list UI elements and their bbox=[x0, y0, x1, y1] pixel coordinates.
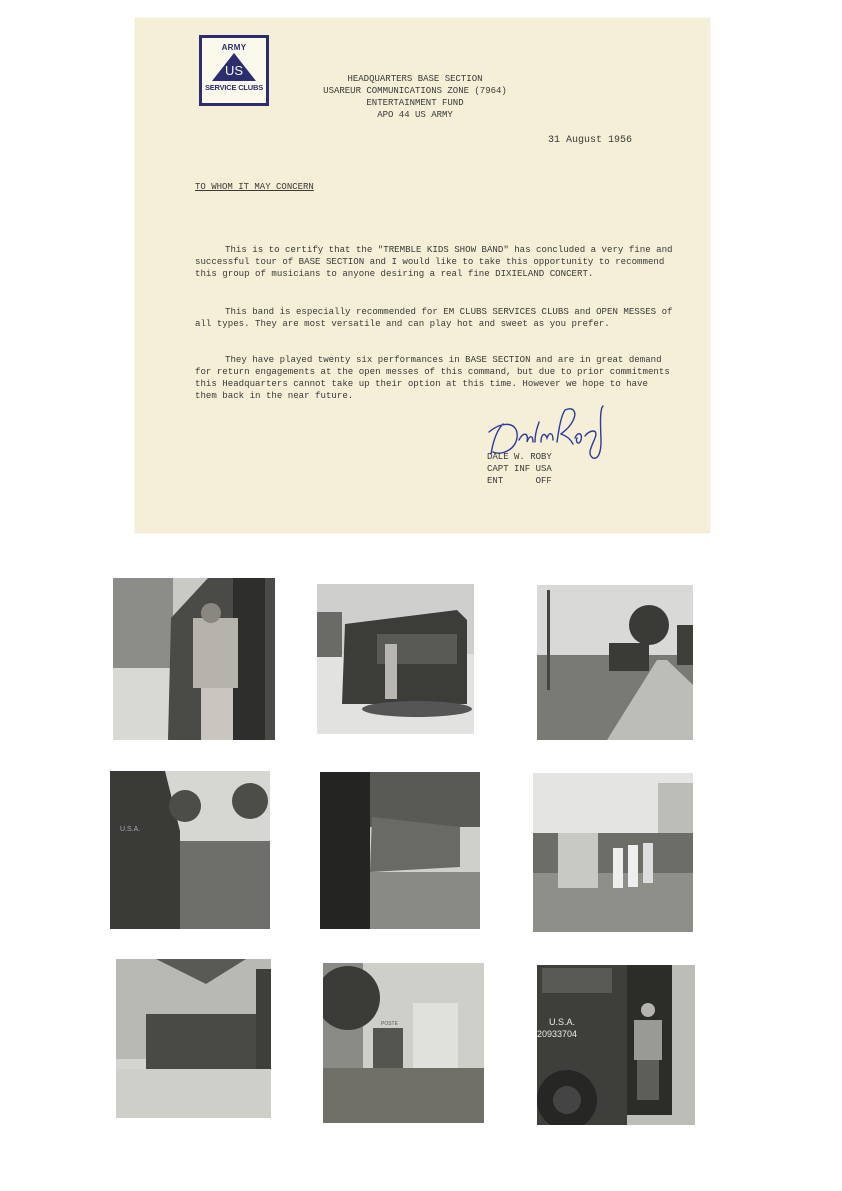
photo-bus-front bbox=[317, 584, 474, 734]
letterhead-line: USAREUR COMMUNICATIONS ZONE (7964) bbox=[295, 85, 535, 97]
body-paragraph: This band is especially recommended for … bbox=[195, 306, 673, 330]
triangle-icon: US bbox=[212, 53, 256, 81]
bus-number-text: 20933704 bbox=[537, 1029, 577, 1039]
letterhead-line: APO 44 US ARMY bbox=[295, 109, 535, 121]
letter-document: ARMY US SERVICE CLUBS HEADQUARTERS BASE … bbox=[135, 18, 710, 533]
logo-service-clubs-text: SERVICE CLUBS bbox=[202, 83, 266, 92]
letterhead: HEADQUARTERS BASE SECTION USAREUR COMMUN… bbox=[295, 73, 535, 121]
photo-group-seated bbox=[116, 959, 271, 1118]
bus-usa-text: U.S.A. bbox=[549, 1017, 575, 1027]
body-paragraph: This is to certify that the "TREMBLE KID… bbox=[195, 244, 673, 280]
photo-street-poste: POSTE bbox=[323, 963, 484, 1123]
svg-text:U.S.A.: U.S.A. bbox=[120, 826, 140, 833]
photo-man-bus-doorway bbox=[113, 578, 275, 740]
letterhead-line: ENTERTAINMENT FUND bbox=[295, 97, 535, 109]
logo-army-text: ARMY bbox=[202, 43, 266, 52]
signatory-title: ENT OFF bbox=[487, 475, 552, 487]
letter-date: 31 August 1956 bbox=[548, 135, 632, 146]
signature-block: DALE W. ROBYCAPT INF USAENT OFF bbox=[487, 451, 552, 487]
signatory-name: DALE W. ROBY bbox=[487, 451, 552, 463]
svg-text:POSTE: POSTE bbox=[381, 1021, 399, 1027]
salutation: TO WHOM IT MAY CONCERN bbox=[195, 182, 314, 192]
photo-bus-roadside bbox=[537, 585, 693, 740]
body-paragraph: They have played twenty six performances… bbox=[195, 354, 673, 402]
letterhead-line: HEADQUARTERS BASE SECTION bbox=[295, 73, 535, 85]
army-service-clubs-logo: ARMY US SERVICE CLUBS bbox=[199, 35, 269, 106]
signatory-rank: CAPT INF USA bbox=[487, 463, 552, 475]
photo-forklift-group bbox=[533, 773, 693, 932]
photo-bus-pillar bbox=[320, 772, 480, 929]
logo-us-text: US bbox=[225, 64, 243, 77]
photo-bus-side-road: U.S.A. bbox=[110, 771, 270, 929]
photo-woman-bus-step: U.S.A. 20933704 bbox=[537, 965, 695, 1125]
